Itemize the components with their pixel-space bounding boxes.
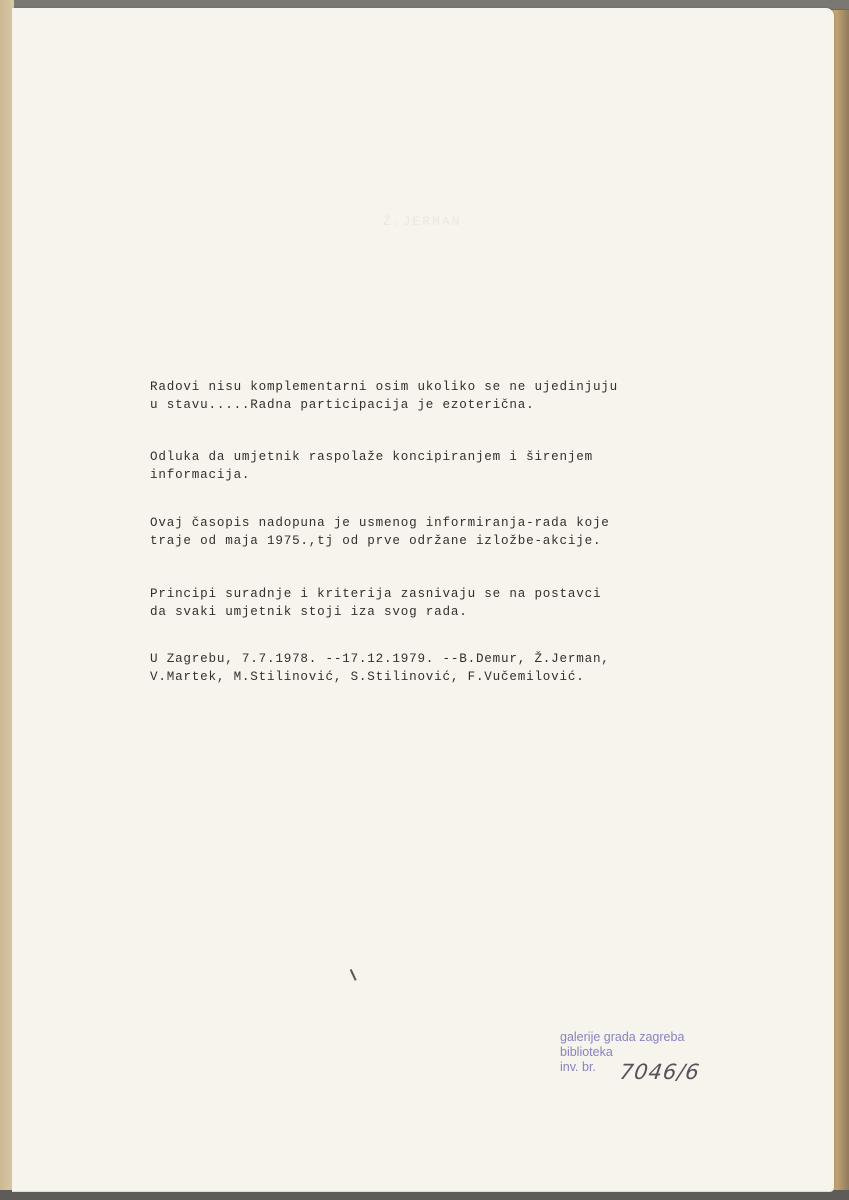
handwritten-inventory-number: 7046/6 <box>618 1060 701 1084</box>
paragraph-line: Radovi nisu komplementarni osim ukoliko … <box>150 380 618 394</box>
paragraph-line: Ovaj časopis nadopuna je usmenog informi… <box>150 516 610 530</box>
paragraph-4: Principi suradnje i kriterija zasnivaju … <box>150 585 601 621</box>
signature-paragraph: U Zagrebu, 7.7.1978. --17.12.1979. --B.D… <box>150 650 610 686</box>
paragraph-line: V.Martek, M.Stilinović, S.Stilinović, F.… <box>150 670 585 684</box>
stamp-institution: galerije grada zagreba <box>560 1030 684 1045</box>
paragraph-line: traje od maja 1975.,tj od prve održane i… <box>150 534 601 548</box>
paragraph-3: Ovaj časopis nadopuna je usmenog informi… <box>150 514 610 550</box>
paragraph-line: da svaki umjetnik stoji iza svog rada. <box>150 605 468 619</box>
paragraph-1: Radovi nisu komplementarni osim ukoliko … <box>150 378 618 414</box>
stamp-library: biblioteka <box>560 1045 684 1060</box>
paragraph-line: u stavu.....Radna participacija je ezote… <box>150 398 534 412</box>
show-through-header: Ž.JERMAN <box>383 214 461 229</box>
paragraph-line: informacija. <box>150 468 250 482</box>
paragraph-line: Principi suradnje i kriterija zasnivaju … <box>150 587 601 601</box>
paragraph-line: U Zagrebu, 7.7.1978. --17.12.1979. --B.D… <box>150 652 610 666</box>
paragraph-line: Odluka da umjetnik raspolaže koncipiranj… <box>150 450 593 464</box>
paragraph-2: Odluka da umjetnik raspolaže koncipiranj… <box>150 448 593 484</box>
